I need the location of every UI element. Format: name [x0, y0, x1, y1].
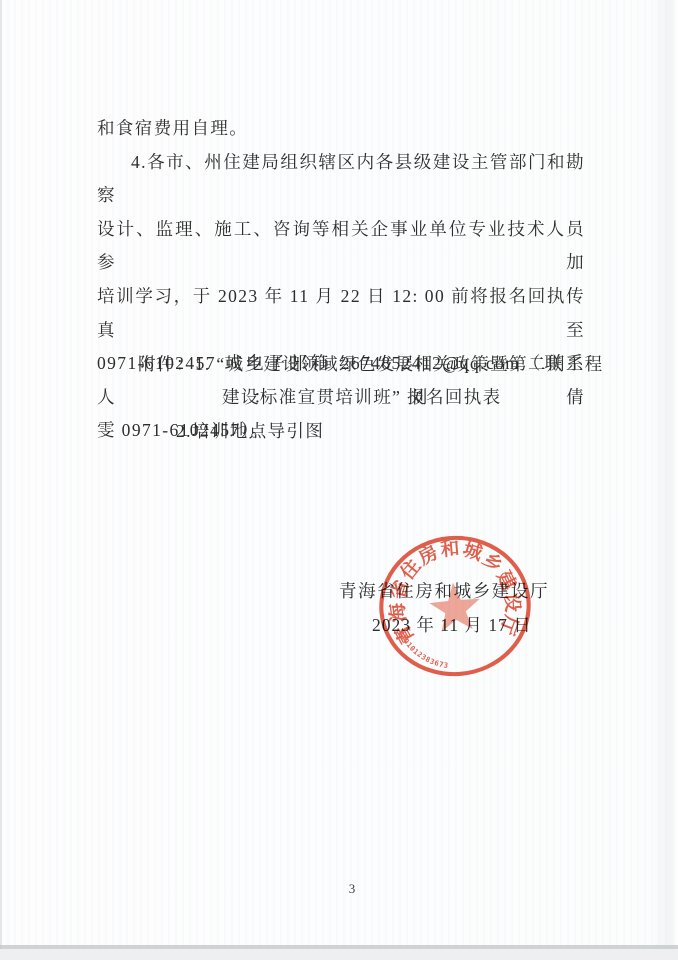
body-line: 和食宿费用自理。 [97, 112, 585, 146]
attachment-line-1: 附件：1. “城乡建设领域绿色发展相关政策暨第二期工程 [138, 351, 604, 376]
official-seal-stamp: 青海省住房和城乡建设厅 6301012383673 [361, 512, 550, 701]
scan-edge-bottom-fill [0, 949, 678, 960]
scanned-document-page: 和食宿费用自理。 4.各市、州住建局组织辖区内各县级建设主管部门和勘察 设计、监… [0, 0, 678, 960]
body-line: 设计、监理、施工、咨询等相关企事业单位专业技术人员参加 [97, 213, 585, 280]
scan-edge-left [0, 0, 2, 960]
star-icon [428, 580, 483, 632]
body-line: 培训学习，于 2023 年 11 月 22 日 12: 00 前将报名回执传真至 [97, 280, 585, 347]
body-line: 雯 0971-6102457）。 [97, 414, 585, 448]
body-line: 4.各市、州住建局组织辖区内各县级建设主管部门和勘察 [97, 146, 585, 213]
page-number: 3 [312, 881, 392, 897]
scan-edge-right [652, 0, 678, 960]
attachment-line-3: 2.培训地点导引图 [176, 418, 324, 443]
attachment-line-2: 建设标准宣贯培训班” 报名回执表 [222, 384, 502, 409]
